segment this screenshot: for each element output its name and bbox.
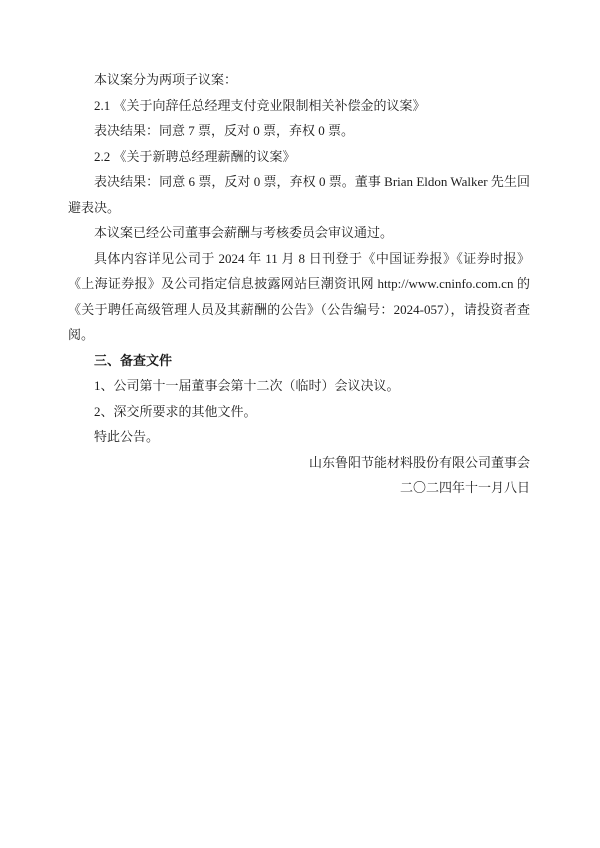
paragraph: 本议案已经公司董事会薪酬与考核委员会审议通过。: [68, 220, 530, 246]
paragraph: 2.1 《关于向辞任总经理支付竞业限制相关补偿金的议案》: [68, 93, 530, 119]
date-line: 二〇二四年十一月八日: [68, 475, 530, 501]
paragraph: 本议案分为两项子议案：: [68, 67, 530, 93]
paragraph: 具体内容详见公司于 2024 年 11 月 8 日刊登于《中国证券报》《证券时报…: [68, 246, 530, 348]
section-heading: 三、备查文件: [68, 348, 530, 374]
document-body: 本议案分为两项子议案：2.1 《关于向辞任总经理支付竞业限制相关补偿金的议案》表…: [68, 67, 530, 501]
document-page: 本议案分为两项子议案：2.1 《关于向辞任总经理支付竞业限制相关补偿金的议案》表…: [0, 0, 600, 848]
paragraph: 表决结果：同意 7 票，反对 0 票，弃权 0 票。: [68, 118, 530, 144]
paragraph: 特此公告。: [68, 424, 530, 450]
paragraph: 表决结果：同意 6 票，反对 0 票，弃权 0 票。董事 Brian Eldon…: [68, 169, 530, 220]
paragraph: 2、深交所要求的其他文件。: [68, 399, 530, 425]
paragraph: 2.2 《关于新聘总经理薪酬的议案》: [68, 144, 530, 170]
paragraph: 1、公司第十一届董事会第十二次（临时）会议决议。: [68, 373, 530, 399]
signature-line: 山东鲁阳节能材料股份有限公司董事会: [68, 450, 530, 476]
